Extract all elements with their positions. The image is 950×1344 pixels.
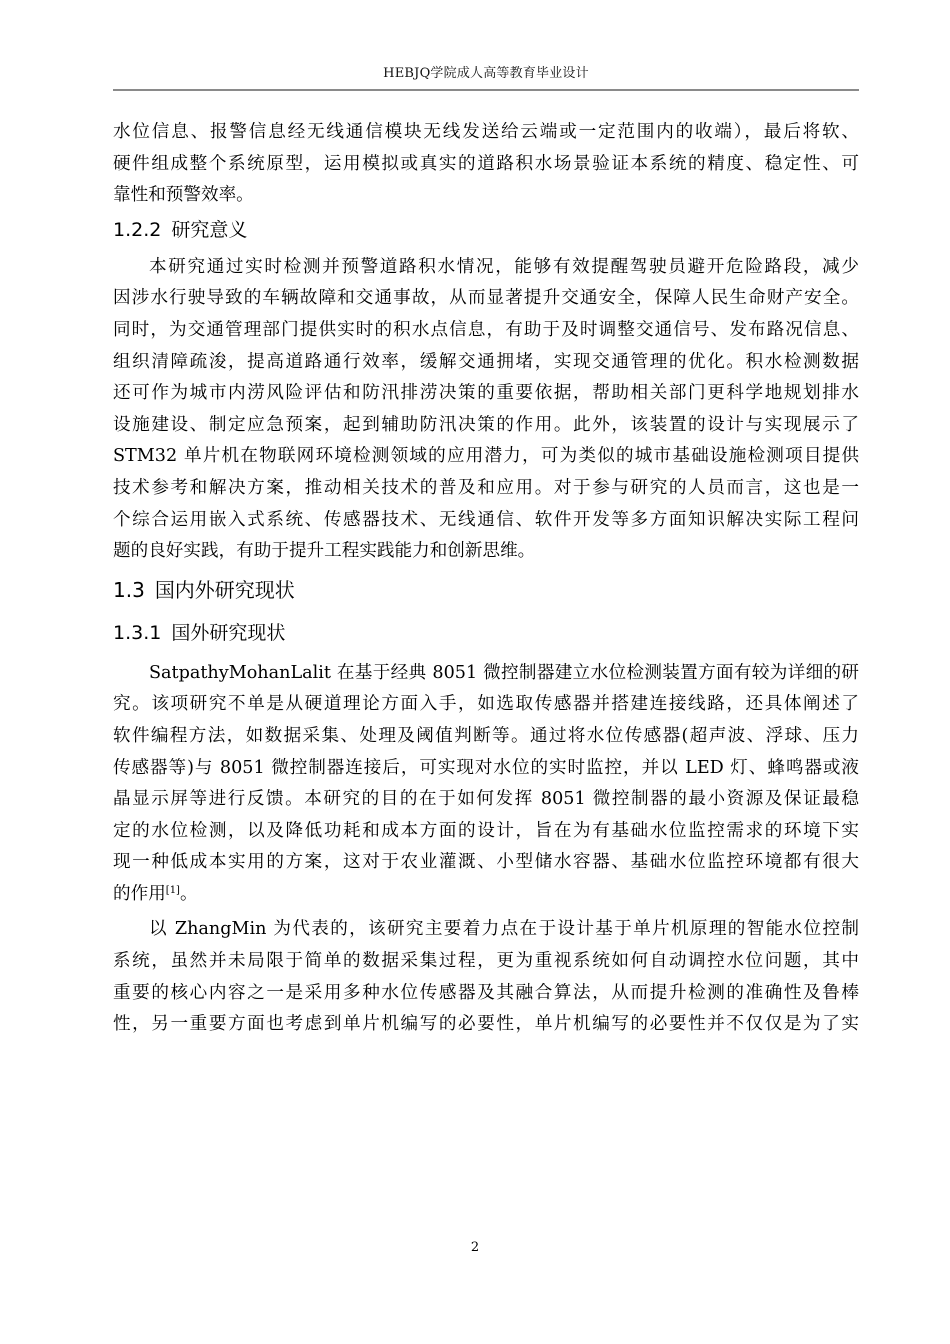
- running-header: HEBJQ学院成人高等教育毕业设计: [113, 66, 859, 82]
- text-line: STM32 单片机在物联网环境检测领域的应用潜力，可为类似的城市基础设施检测项目…: [113, 441, 859, 473]
- text-line: 硬件组成整个系统原型，运用模拟或真实的道路积水场景验证本系统的精度、稳定性、可: [113, 149, 859, 181]
- text-line: 性，另一重要方面也考虑到单片机编写的必要性，单片机编写的必要性并不仅仅是为了实: [113, 1009, 859, 1041]
- text-line: 水位信息、报警信息经无线通信模块无线发送给云端或一定范围内的收端），最后将软、: [113, 117, 859, 149]
- text-line: 以 ZhangMin 为代表的，该研究主要着力点在于设计基于单片机原理的智能水位…: [113, 914, 859, 946]
- text-line: 题的良好实践，有助于提升工程实践能力和创新思维。: [113, 536, 859, 568]
- continuation-paragraph: 水位信息、报警信息经无线通信模块无线发送给云端或一定范围内的收端），最后将软、 …: [113, 117, 859, 212]
- heading-title: 国内外研究现状: [155, 578, 295, 602]
- text-line: SatpathyMohanLalit 在基于经典 8051 微控制器建立水位检测…: [113, 658, 859, 690]
- text-fragment: 。: [180, 884, 198, 904]
- text-line: 因涉水行驶导致的车辆故障和交通事故，从而显著提升交通安全，保障人民生命财产安全。: [113, 283, 859, 315]
- heading-number: 1.3: [113, 568, 145, 612]
- text-line: 软件编程方法，如数据采集、处理及阈值判断等。通过将水位传感器(超声波、浮球、压力: [113, 721, 859, 753]
- foreign-research-paragraph-2: 以 ZhangMin 为代表的，该研究主要着力点在于设计基于单片机原理的智能水位…: [113, 914, 859, 1040]
- heading-title: 研究意义: [171, 219, 247, 241]
- text-line: 传感器等)与 8051 微控制器连接后，可实现对水位的实时监控，并以 LED 灯…: [113, 753, 859, 785]
- citation-ref[interactable]: [1]: [166, 885, 180, 896]
- text-line: 技术参考和解决方案，推动相关技术的普及和应用。对于参与研究的人员而言，这也是一: [113, 473, 859, 505]
- text-line: 现一种低成本实用的方案，这对于农业灌溉、小型储水容器、基础水位监控环境都有很大: [113, 847, 859, 879]
- text-line: 定的水位检测，以及降低功耗和成本方面的设计，旨在为有基础水位监控需求的环境下实: [113, 816, 859, 848]
- heading-number: 1.3.1: [113, 612, 161, 654]
- text-line: 重要的核心内容之一是采用多种水位传感器及其融合算法，从而提升检测的准确性及鲁棒: [113, 978, 859, 1010]
- text-line: 晶显示屏等进行反馈。本研究的目的在于如何发挥 8051 微控制器的最小资源及保证…: [113, 784, 859, 816]
- text-line: 究。该项研究不单是从硬道理论方面入手，如选取传感器并搭建连接线路，还具体阐述了: [113, 689, 859, 721]
- heading-1-3: 1.3国内外研究现状: [113, 568, 859, 612]
- text-line: 同时，为交通管理部门提供实时的积水点信息，有助于及时调整交通信号、发布路况信息、: [113, 315, 859, 347]
- text-line: 系统，虽然并未局限于简单的数据采集过程，更为重视系统如何自动调控水位问题，其中: [113, 946, 859, 978]
- heading-1-2-2: 1.2.2研究意义: [113, 212, 859, 248]
- text-line: 还可作为城市内涝风险评估和防汛排涝决策的重要依据，帮助相关部门更科学地规划排水: [113, 378, 859, 410]
- heading-number: 1.2.2: [113, 212, 161, 248]
- header-divider: [113, 89, 859, 91]
- text-line: 本研究通过实时检测并预警道路积水情况，能够有效提醒驾驶员避开危险路段，减少: [113, 252, 859, 284]
- text-line: 靠性和预警效率。: [113, 180, 859, 212]
- heading-title: 国外研究现状: [171, 622, 285, 644]
- document-body: 水位信息、报警信息经无线通信模块无线发送给云端或一定范围内的收端），最后将软、 …: [113, 117, 859, 1041]
- foreign-research-paragraph-1: SatpathyMohanLalit 在基于经典 8051 微控制器建立水位检测…: [113, 658, 859, 911]
- text-line: 设施建设、制定应急预案，起到辅助防汛决策的作用。此外，该装置的设计与实现展示了: [113, 410, 859, 442]
- heading-1-3-1: 1.3.1国外研究现状: [113, 612, 859, 654]
- significance-paragraph: 本研究通过实时检测并预警道路积水情况，能够有效提醒驾驶员避开危险路段，减少 因涉…: [113, 252, 859, 568]
- text-line: 的作用[1]。: [113, 879, 859, 911]
- text-fragment: 的作用: [113, 884, 166, 904]
- page-number: 2: [0, 1240, 950, 1256]
- text-line: 个综合运用嵌入式系统、传感器技术、无线通信、软件开发等多方面知识解决实际工程问: [113, 505, 859, 537]
- text-line: 组织清障疏浚，提高道路通行效率，缓解交通拥堵，实现交通管理的优化。积水检测数据: [113, 347, 859, 379]
- document-page: HEBJQ学院成人高等教育毕业设计 水位信息、报警信息经无线通信模块无线发送给云…: [0, 0, 950, 1344]
